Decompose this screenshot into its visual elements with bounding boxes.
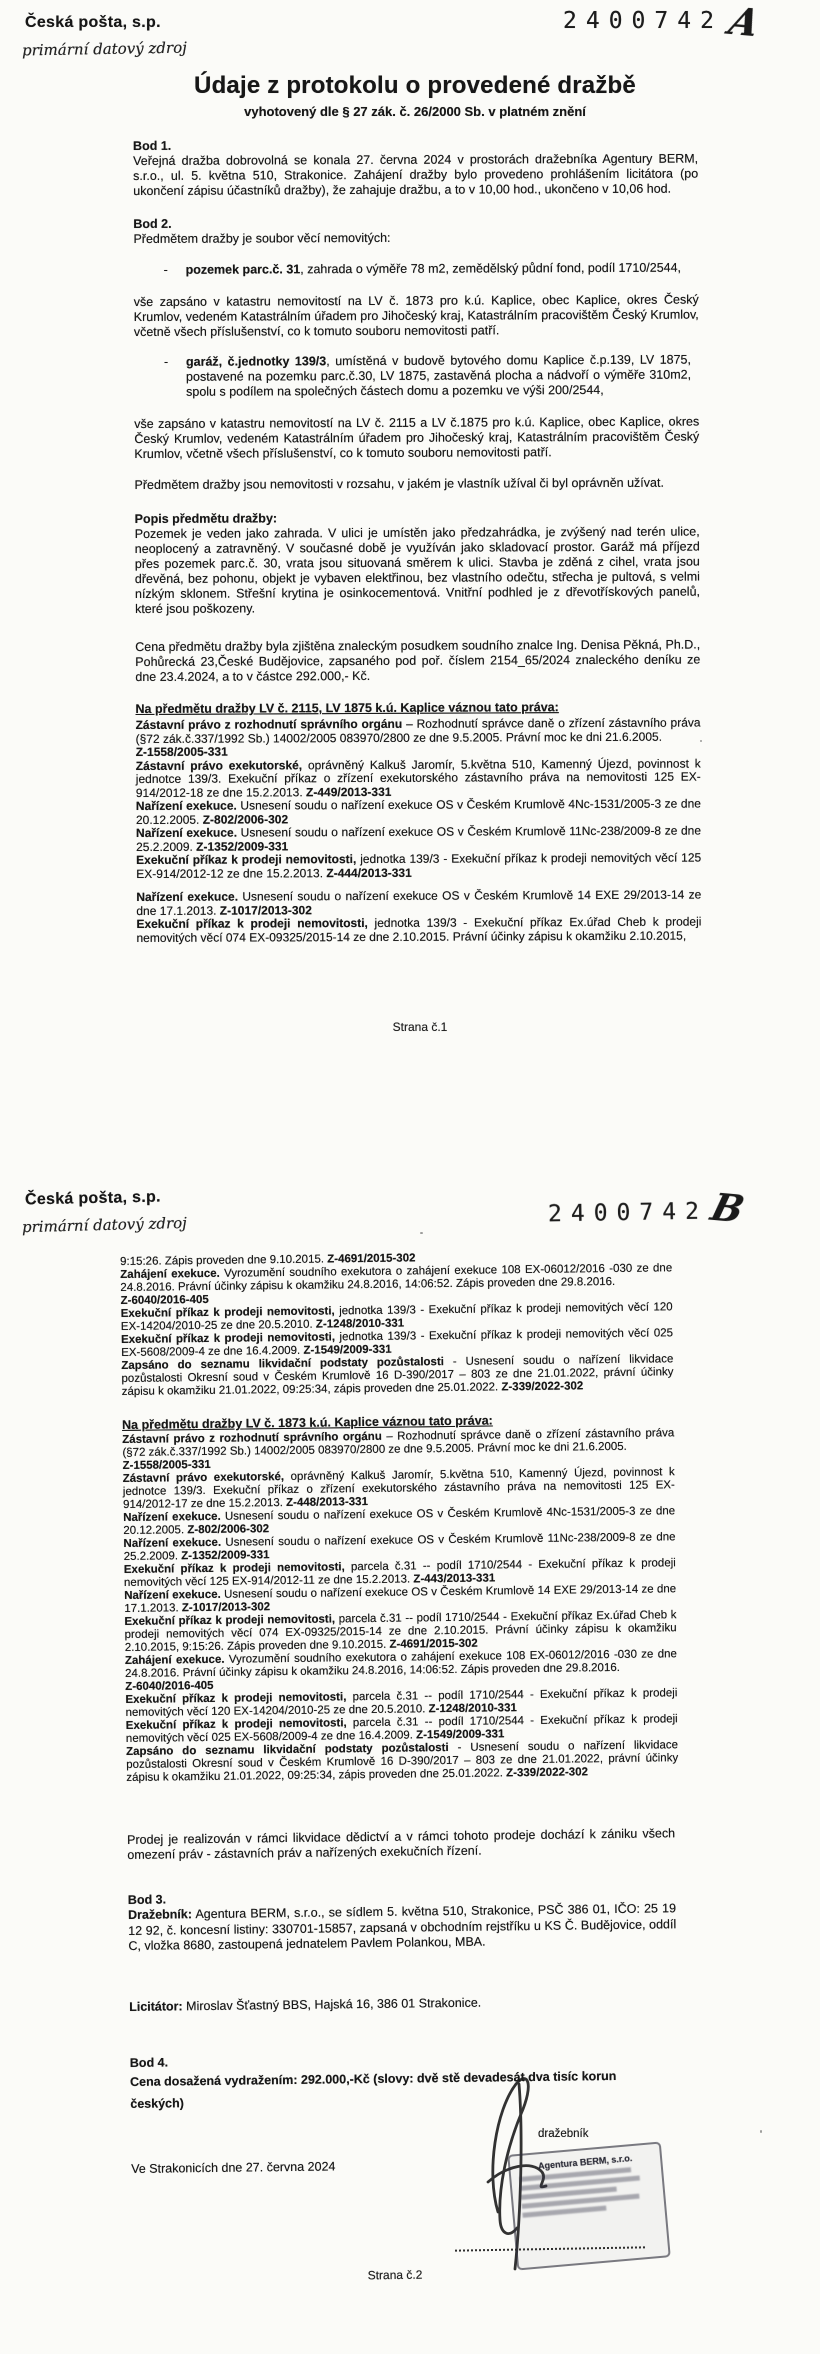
scanned-auction-protocol-document: Česká pošta, s.p. primární datový zdroj … (0, 0, 820, 2354)
auction-item-pozemek-text: pozemek parc.č. 31, zahrada o výměře 78 … (186, 261, 691, 278)
rights2-entry: Zástavní právo z rozhodnutí správního or… (122, 1427, 674, 1473)
rights2-entry: Zástavní právo exekutorské, oprávněný Ka… (123, 1466, 675, 1512)
rights2-entry: Zahájení exekuce. Vyrozumění soudního ex… (125, 1648, 677, 1694)
scope-note: Předmětem dražby jsou nemovitosti v rozs… (134, 476, 699, 493)
bullet-dash: - (164, 263, 168, 278)
katastr-note-1: vše zapsáno v katastru nemovitostí na LV… (134, 293, 699, 340)
cont-entry: Zahájení exekuce. Vyrozumění soudního ex… (120, 1262, 672, 1308)
katastr-note-2: vše zapsáno v katastru nemovitostí na LV… (134, 415, 699, 462)
scan-speck (420, 1232, 423, 1234)
bod1-text: Veřejná dražba dobrovolná se konala 27. … (133, 152, 698, 199)
rights2-entries: Zástavní právo z rozhodnutí správního or… (122, 1427, 678, 1785)
page1-stamp-number: 2400742 (563, 8, 723, 34)
page1-org-name: Česká pošta, s.p. (25, 14, 161, 32)
scan-speck (585, 300, 588, 302)
scan-speck (700, 740, 702, 742)
auction-item-garaz-text: garáž, č.jednotky 139/3, umístěná v budo… (186, 353, 691, 400)
rights1-entry: Nařízení exekuce. Usnesení soudu o naříz… (136, 798, 701, 827)
bod3-text: Dražebník: Agentura BERM, s.r.o., se síd… (128, 1901, 677, 1954)
cena-text: Cena předmětu dražby byla zjištěna znale… (135, 638, 700, 685)
page1-org-subtitle: primární datový zdroj (22, 39, 187, 60)
page1-body: Bod 1. Veřejná dražba dobrovolná se kona… (133, 137, 702, 945)
rights1-entry: Nařízení exekuce. Usnesení soudu o naříz… (136, 825, 701, 854)
rights2-entry: Zapsáno do seznamu likvidační podstaty p… (126, 1739, 678, 1785)
rights2-entry: Exekuční příkaz k prodeji nemovitosti, p… (124, 1609, 676, 1655)
popis-text: Pozemek je veden jako zahrada. V ulici j… (135, 525, 700, 617)
rights1-entries: Zástavní právo z rozhodnutí správního or… (136, 717, 702, 945)
document-subtitle: vyhotovený dle § 27 zák. č. 26/2000 Sb. … (115, 104, 715, 119)
page2-org-subtitle: primární datový zdroj (22, 1214, 187, 1236)
continued-entries: 9:15:26. Zápis proveden dne 9.10.2015. Z… (120, 1249, 674, 1399)
page2-org-name: Česká pošta, s.p. (25, 1189, 161, 1210)
page2-number: Strana č.2 (330, 2267, 460, 2283)
cont-entry: Zapsáno do seznamu likvidační podstaty p… (121, 1353, 673, 1399)
signature-role-label: dražebník (538, 2128, 589, 2140)
bullet-dash: - (164, 355, 168, 370)
rights1-entry: Zástavní právo exekutorské, oprávněný Ka… (136, 757, 701, 800)
document-title: Údaje z protokolu o provedené dražbě (115, 72, 715, 100)
page2-stamp-number: 2400742 (548, 1199, 708, 1228)
auction-item-pozemek: - pozemek parc.č. 31, zahrada o výměře 7… (134, 261, 691, 278)
licitator-text: Licitátor: Miroslav Šťastný BBS, Hajská … (129, 1994, 681, 2014)
rights1-entry: Exekuční příkaz k prodeji nemovitosti, j… (136, 916, 701, 945)
page1-number: Strana č.1 (370, 1020, 470, 1034)
page2-handwritten-letter-b: B (707, 1185, 749, 1232)
page2-body: 9:15:26. Zápis proveden dne 9.10.2015. Z… (120, 1249, 683, 2175)
page1-handwritten-letter-a: A (724, 0, 764, 45)
rights1-entry: Nařízení exekuce. Usnesení soudu o naříz… (136, 889, 701, 918)
auction-item-garaz: - garáž, č.jednotky 139/3, umístěná v bu… (134, 353, 691, 400)
scan-speck (760, 2130, 762, 2133)
rights1-entry: Exekuční příkaz k prodeji nemovitosti, j… (136, 852, 701, 881)
stamp-company-name: Agentura BERM, s.r.o. (516, 2151, 654, 2173)
rights1-heading: Na předmětu dražby LV č. 2115, LV 1875 k… (135, 700, 700, 717)
prodej-note: Prodej je realizován v rámci likvidace d… (127, 1826, 675, 1863)
company-stamp: Agentura BERM, s.r.o. (507, 2142, 671, 2271)
bod2-intro: Předmětem dražby je soubor věcí nemovitý… (133, 230, 698, 247)
rights1-entry: Zástavní právo z rozhodnutí správního or… (136, 717, 701, 760)
